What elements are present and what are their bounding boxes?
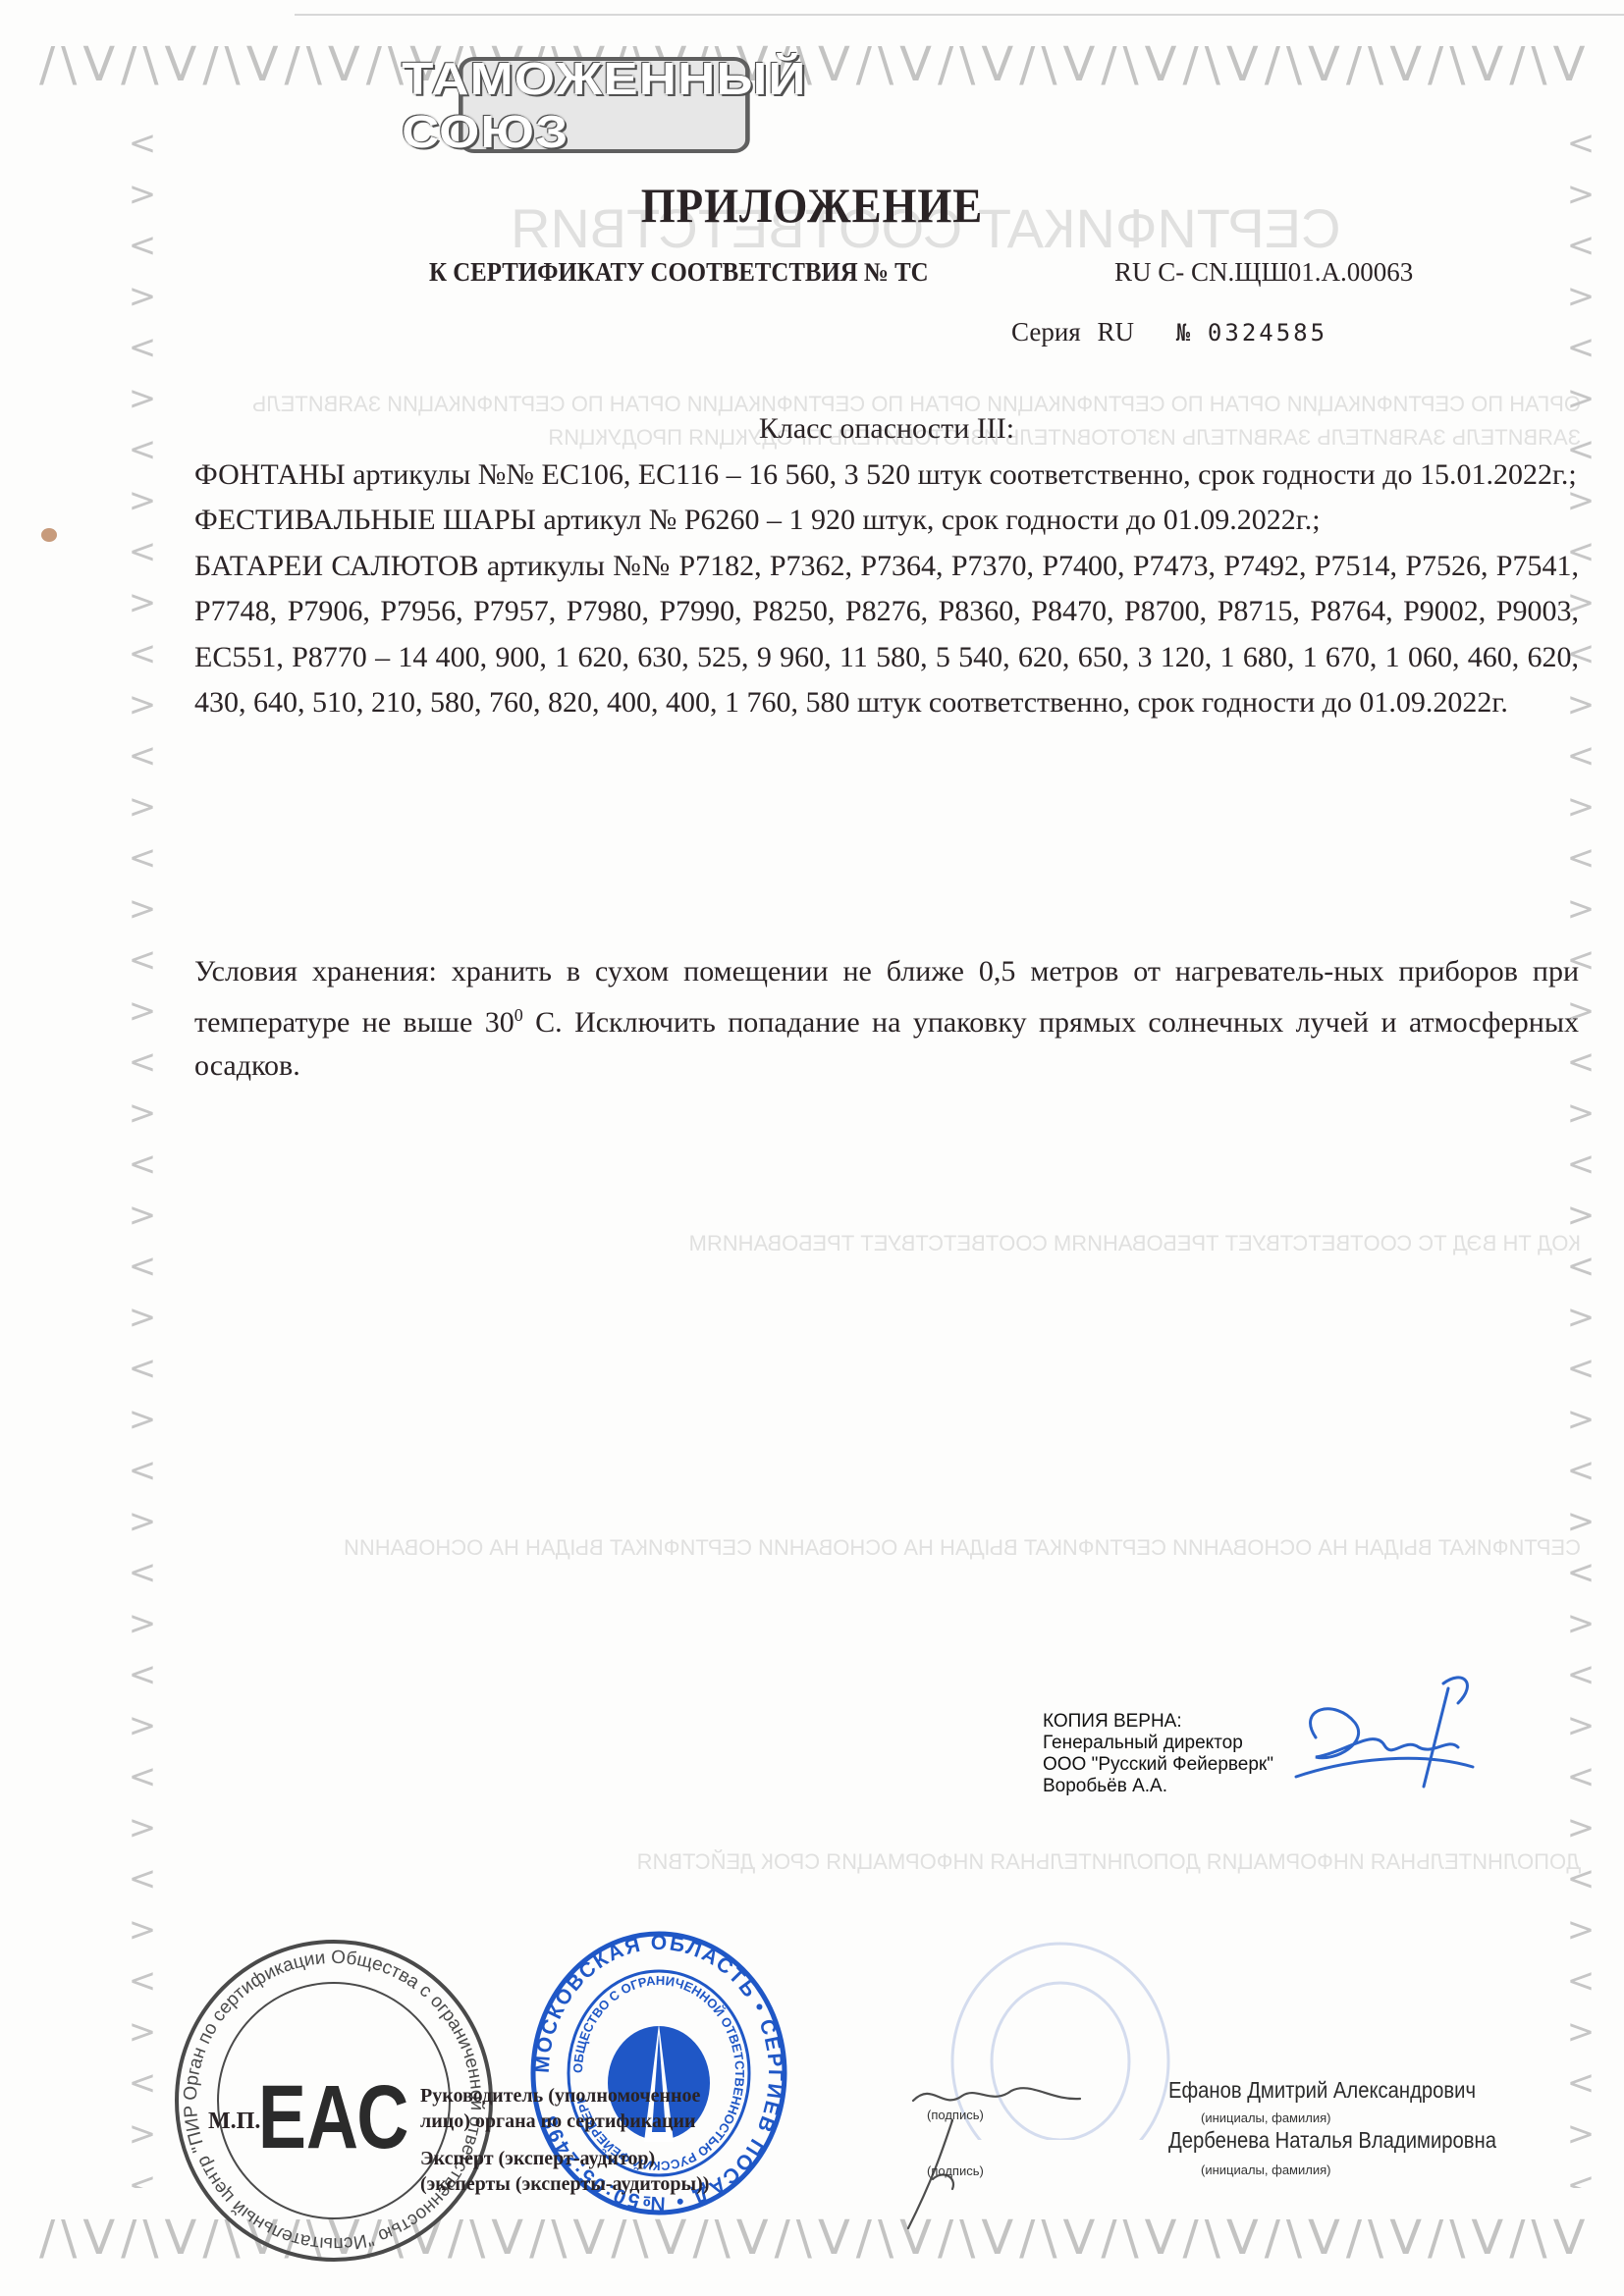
signature-caption-expert: (подпись)	[927, 2163, 984, 2178]
head-and-expert-signatures	[884, 2061, 1119, 2238]
degree-sup: 0	[514, 1005, 523, 1025]
initials-caption-expert: (инициалы, фамилия)	[1201, 2163, 1330, 2177]
paper-stain	[41, 528, 57, 542]
expert-label: Эксперт (эксперт-аудитор) (эксперты (экс…	[420, 2146, 709, 2197]
series-value: RU	[1097, 317, 1134, 347]
scan-edge-line	[295, 14, 1624, 16]
certificate-appendix-page: /\V/\V/\V/\V/\V/\V/\V/\V/\V/\V/\V/\V/\V/…	[0, 0, 1624, 2296]
certificate-subtitle: К СЕРТИФИКАТУ СООТВЕТСТВИЯ № ТС	[429, 257, 929, 288]
product-list: Класс опасности III: ФОНТАНЫ артикулы №№…	[194, 406, 1579, 726]
product-item-festival-balls: ФЕСТИВАЛЬНЫЕ ШАРЫ артикул № Р6260 – 1 92…	[194, 498, 1579, 544]
show-through-bleed: КОД ТН ВЭД ТС СООТВЕТСТВУЕТ ТРЕБОВАНИЯМ …	[177, 1227, 1581, 1374]
initials-caption-head: (инициалы, фамилия)	[1201, 2110, 1330, 2125]
product-item-fountains: ФОНТАНЫ артикулы №№ ЕС106, ЕС116 – 16 56…	[194, 453, 1579, 499]
decorative-border-top: /\V/\V/\V/\V/\V/\V/\V/\V/\V/\V/\V/\V/\V/…	[39, 35, 1585, 94]
series-label: Серия	[1011, 317, 1081, 347]
copy-certification: КОПИЯ ВЕРНА: Генеральный директор ООО "Р…	[1043, 1711, 1273, 1797]
head-of-body-label: Руководитель (уполномоченное лицо) орган…	[420, 2083, 700, 2134]
head-label-line-1: Руководитель (уполномоченное	[420, 2083, 700, 2109]
customs-union-banner: ТАМОЖЕННЫЙ СОЮЗ	[459, 57, 750, 153]
show-through-bleed: ДОПОЛНИТЕЛЬНАЯ ИНФОРМАЦИЯ ДОПОЛНИТЕЛЬНАЯ…	[177, 1845, 1581, 1944]
form-number-value: 0324585	[1208, 319, 1327, 347]
seal-place-label: М.П.	[208, 2109, 260, 2135]
eac-mark: ЕАС	[258, 2066, 409, 2167]
director-signature	[1276, 1669, 1492, 1796]
form-number-label: №	[1176, 319, 1193, 347]
copy-true-label: КОПИЯ ВЕРНА:	[1043, 1711, 1273, 1733]
hazard-class: Класс опасности III:	[194, 406, 1579, 453]
director-name: Воробьёв А.А.	[1043, 1776, 1273, 1797]
product-item-salute-batteries: БАТАРЕИ САЛЮТОВ артикулы №№ Р7182, Р7362…	[194, 544, 1579, 726]
expert-label-line-2: (эксперты (эксперты-аудиторы))	[420, 2171, 709, 2197]
decorative-border-left: <><><><><><><><><><><><><><><><><><><><>…	[123, 118, 162, 2188]
expert-label-line-1: Эксперт (эксперт-аудитор)	[420, 2146, 709, 2171]
storage-conditions: Условия хранения: хранить в сухом помеще…	[194, 950, 1579, 1088]
show-through-bleed: СЕРТИФИКАТ ВЫДАН НА ОСНОВАНИИ СЕРТИФИКАТ…	[177, 1531, 1581, 1688]
expert-full-name: Дербенева Наталья Владимировна	[1168, 2127, 1496, 2154]
head-full-name: Ефанов Дмитрий Александрович	[1168, 2077, 1476, 2104]
series-row: Серия RU № 0324585	[1011, 317, 1327, 347]
page-title: ПРИЛОЖЕНИЕ	[81, 177, 1543, 234]
certificate-number: RU C- CN.ЩШ01.А.00063	[1114, 257, 1413, 288]
company-name: ООО "Русский Фейерверк"	[1043, 1754, 1273, 1776]
director-title: Генеральный директор	[1043, 1733, 1273, 1754]
signature-caption-head: (подпись)	[927, 2108, 984, 2122]
head-label-line-2: лицо) органа по сертификации	[420, 2109, 700, 2134]
